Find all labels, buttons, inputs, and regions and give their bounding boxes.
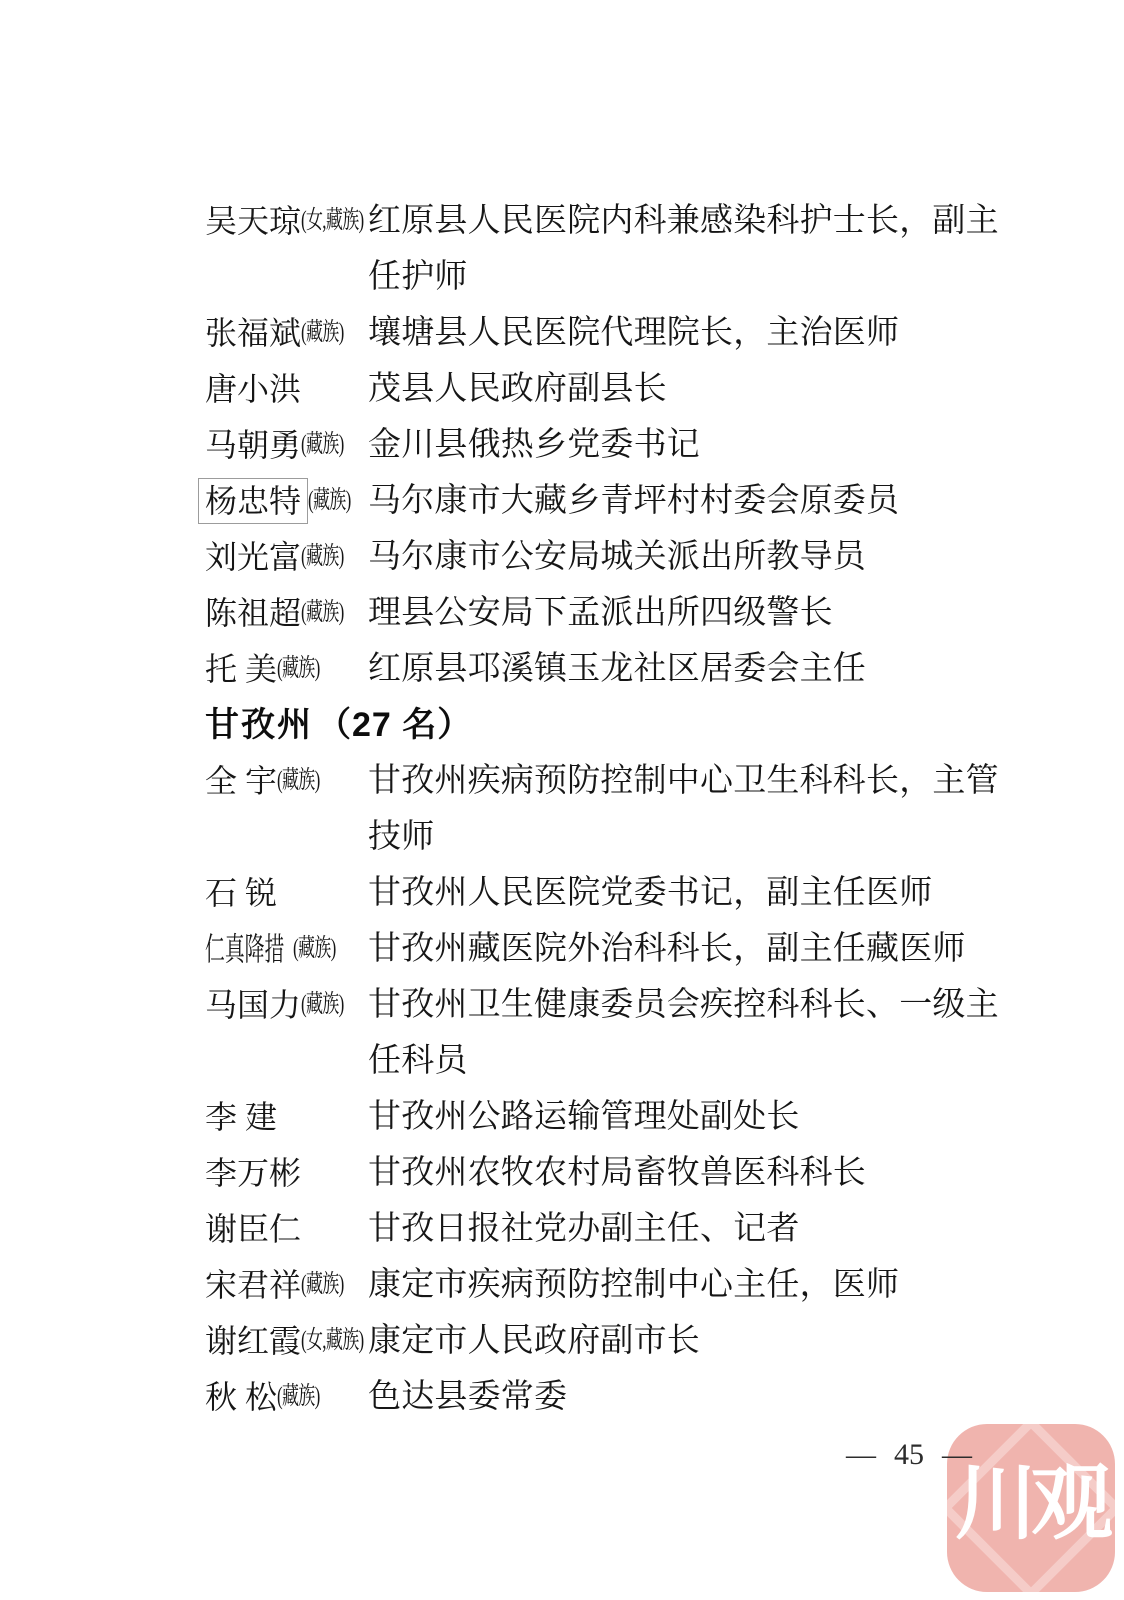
job-title-line: 马尔康市大藏乡青坪村村委会原委员 xyxy=(366,473,899,529)
logo-text: 川观 xyxy=(947,1454,1115,1554)
recipient-row: 刘光富(藏族)马尔康市公安局城关派出所教导员 xyxy=(205,529,1065,585)
ethnic-label: (藏族) xyxy=(301,977,351,1033)
recipient-name: 全 宇 xyxy=(205,753,277,809)
ethnic-label-text: (藏族) xyxy=(277,1369,320,1425)
recipient-name: 谢臣仁 xyxy=(205,1201,301,1257)
recipient-name-cell: 吴天琼(女,藏族) xyxy=(205,193,366,249)
recipient-name-cell: 杨忠特(藏族) xyxy=(205,473,366,529)
job-title-line: 甘孜日报社党办副主任、记者 xyxy=(366,1201,800,1257)
document-page: 吴天琼(女,藏族)红原县人民医院内科兼感染科护士长，副主任护师张福斌(藏族)壤塘… xyxy=(0,0,1124,1600)
job-title-line: 技师 xyxy=(366,809,434,865)
ethnic-label: (藏族) xyxy=(301,417,351,473)
ethnic-label: (藏族) xyxy=(277,753,327,809)
recipient-row: 陈祖超(藏族)理县公安局下孟派出所四级警长 xyxy=(205,585,1065,641)
recipient-name: 仁真降措 xyxy=(205,921,293,977)
recipient-name-cell: 全 宇(藏族) xyxy=(205,753,366,809)
ethnic-label: (藏族) xyxy=(293,921,343,977)
recipient-name: 马朝勇 xyxy=(205,417,301,473)
ethnic-label-text: (藏族) xyxy=(277,641,320,697)
ethnic-label-text: (藏族) xyxy=(277,753,320,809)
recipient-row: 全 宇(藏族)甘孜州疾病预防控制中心卫生科科长，主管 xyxy=(205,753,1065,809)
recipient-name: 宋君祥 xyxy=(205,1257,301,1313)
ethnic-label: (藏族) xyxy=(301,529,351,585)
section-heading-title: 甘孜州 xyxy=(205,697,313,753)
footer-dash-right: — xyxy=(942,1438,972,1472)
recipient-name-cell: 谢红霞(女,藏族) xyxy=(205,1313,366,1369)
recipient-row: 任科员 xyxy=(205,1033,1065,1089)
ethnic-label-text: (女,藏族) xyxy=(301,193,363,249)
job-title-line: 金川县俄热乡党委书记 xyxy=(366,417,700,473)
page-footer: — 45 — xyxy=(846,1438,972,1472)
ethnic-label-text: (藏族) xyxy=(301,417,344,473)
ethnic-label-text: (藏族) xyxy=(308,473,351,529)
job-title-line: 甘孜州卫生健康委员会疾控科科长、一级主 xyxy=(366,977,999,1033)
recipient-name: 托 美 xyxy=(205,641,277,697)
recipient-row: 谢臣仁甘孜日报社党办副主任、记者 xyxy=(205,1201,1065,1257)
job-title-line: 任科员 xyxy=(366,1033,468,1089)
recipient-name-cell: 张福斌(藏族) xyxy=(205,305,366,361)
recipient-name-cell: 马朝勇(藏族) xyxy=(205,417,366,473)
job-title-line: 甘孜州人民医院党委书记，副主任医师 xyxy=(366,865,932,921)
job-title-line: 马尔康市公安局城关派出所教导员 xyxy=(366,529,866,585)
chuanguan-brand-logo: 川观 xyxy=(947,1424,1115,1592)
recipient-row: 吴天琼(女,藏族)红原县人民医院内科兼感染科护士长，副主 xyxy=(205,193,1065,249)
recipient-name: 李 建 xyxy=(205,1089,277,1145)
ethnic-label-text: (藏族) xyxy=(301,529,344,585)
recipient-row: 托 美(藏族)红原县邛溪镇玉龙社区居委会主任 xyxy=(205,641,1065,697)
recipient-row: 秋 松(藏族)色达县委常委 xyxy=(205,1369,1065,1425)
recipient-row: 技师 xyxy=(205,809,1065,865)
recipient-row: 李 建甘孜州公路运输管理处副处长 xyxy=(205,1089,1065,1145)
recipient-name-cell: 秋 松(藏族) xyxy=(205,1369,366,1425)
recipient-name: 谢红霞 xyxy=(205,1313,301,1369)
recipient-name: 陈祖超 xyxy=(205,585,301,641)
page-number: 45 xyxy=(894,1438,924,1472)
job-title-line: 红原县邛溪镇玉龙社区居委会主任 xyxy=(366,641,866,697)
ethnic-label-text: (藏族) xyxy=(301,585,344,641)
ethnic-label: (藏族) xyxy=(301,305,351,361)
ethnic-label: (藏族) xyxy=(277,1369,327,1425)
recipient-name-cell: 马国力(藏族) xyxy=(205,977,366,1033)
recipient-name-cell: 谢臣仁 xyxy=(205,1201,366,1257)
job-title-line: 甘孜州疾病预防控制中心卫生科科长，主管 xyxy=(366,753,999,809)
recipient-name: 杨忠特 xyxy=(198,478,308,524)
job-title-line: 甘孜州公路运输管理处副处长 xyxy=(366,1089,800,1145)
job-title-line: 甘孜州农牧农村局畜牧兽医科科长 xyxy=(366,1145,866,1201)
footer-dash-left: — xyxy=(846,1438,876,1472)
recipient-name-cell: 石 锐 xyxy=(205,865,366,921)
job-title-line: 壤塘县人民医院代理院长，主治医师 xyxy=(366,305,899,361)
job-title-line: 甘孜州藏医院外治科科长，副主任藏医师 xyxy=(366,921,966,977)
recipient-row: 仁真降措(藏族)甘孜州藏医院外治科科长，副主任藏医师 xyxy=(205,921,1065,977)
recipient-row: 马国力(藏族)甘孜州卫生健康委员会疾控科科长、一级主 xyxy=(205,977,1065,1033)
entry-list: 吴天琼(女,藏族)红原县人民医院内科兼感染科护士长，副主任护师张福斌(藏族)壤塘… xyxy=(205,193,1065,1425)
job-title-line: 色达县委常委 xyxy=(366,1369,567,1425)
ethnic-label-text: (藏族) xyxy=(301,977,344,1033)
recipient-name-cell: 托 美(藏族) xyxy=(205,641,366,697)
recipient-name-cell: 刘光富(藏族) xyxy=(205,529,366,585)
recipient-row: 任护师 xyxy=(205,249,1065,305)
recipient-name-cell: 李万彬 xyxy=(205,1145,366,1201)
ethnic-label-text: (藏族) xyxy=(301,305,344,361)
recipient-name: 吴天琼 xyxy=(205,193,301,249)
section-heading-count: （27 名） xyxy=(317,697,472,753)
ethnic-label-text: (藏族) xyxy=(293,921,336,977)
recipient-row: 张福斌(藏族)壤塘县人民医院代理院长，主治医师 xyxy=(205,305,1065,361)
recipient-name-cell: 仁真降措(藏族) xyxy=(205,921,366,977)
recipient-row: 杨忠特(藏族)马尔康市大藏乡青坪村村委会原委员 xyxy=(205,473,1065,529)
recipient-name: 唐小洪 xyxy=(205,361,301,417)
recipient-row: 马朝勇(藏族)金川县俄热乡党委书记 xyxy=(205,417,1065,473)
recipient-name-text: 仁真降措 xyxy=(205,921,284,977)
ethnic-label: (藏族) xyxy=(301,1257,351,1313)
recipient-name-cell: 李 建 xyxy=(205,1089,366,1145)
job-title-line: 茂县人民政府副县长 xyxy=(366,361,667,417)
recipient-name: 秋 松 xyxy=(205,1369,277,1425)
recipient-name: 石 锐 xyxy=(205,865,277,921)
ethnic-label: (藏族) xyxy=(308,473,358,529)
recipient-name-cell: 宋君祥(藏族) xyxy=(205,1257,366,1313)
recipient-row: 李万彬甘孜州农牧农村局畜牧兽医科科长 xyxy=(205,1145,1065,1201)
job-title-line: 康定市人民政府副市长 xyxy=(366,1313,700,1369)
ethnic-label-text: (藏族) xyxy=(301,1257,344,1313)
job-title-line: 任护师 xyxy=(366,249,468,305)
recipient-row: 石 锐甘孜州人民医院党委书记，副主任医师 xyxy=(205,865,1065,921)
recipient-row: 谢红霞(女,藏族)康定市人民政府副市长 xyxy=(205,1313,1065,1369)
ethnic-label: (藏族) xyxy=(277,641,327,697)
section-heading: 甘孜州（27 名） xyxy=(205,697,1065,753)
ethnic-label-text: (女,藏族) xyxy=(301,1313,363,1369)
ethnic-label: (藏族) xyxy=(301,585,351,641)
job-title-line: 理县公安局下孟派出所四级警长 xyxy=(366,585,833,641)
recipient-row: 宋君祥(藏族)康定市疾病预防控制中心主任，医师 xyxy=(205,1257,1065,1313)
recipient-name-cell: 陈祖超(藏族) xyxy=(205,585,366,641)
recipient-name: 刘光富 xyxy=(205,529,301,585)
recipient-name: 马国力 xyxy=(205,977,301,1033)
ethnic-label: (女,藏族) xyxy=(301,1313,363,1369)
ethnic-label: (女,藏族) xyxy=(301,193,363,249)
recipient-name: 张福斌 xyxy=(205,305,301,361)
job-title-line: 康定市疾病预防控制中心主任，医师 xyxy=(366,1257,899,1313)
recipient-name-cell: 唐小洪 xyxy=(205,361,366,417)
recipient-row: 唐小洪茂县人民政府副县长 xyxy=(205,361,1065,417)
recipient-name: 李万彬 xyxy=(205,1145,301,1201)
job-title-line: 红原县人民医院内科兼感染科护士长，副主 xyxy=(366,193,999,249)
